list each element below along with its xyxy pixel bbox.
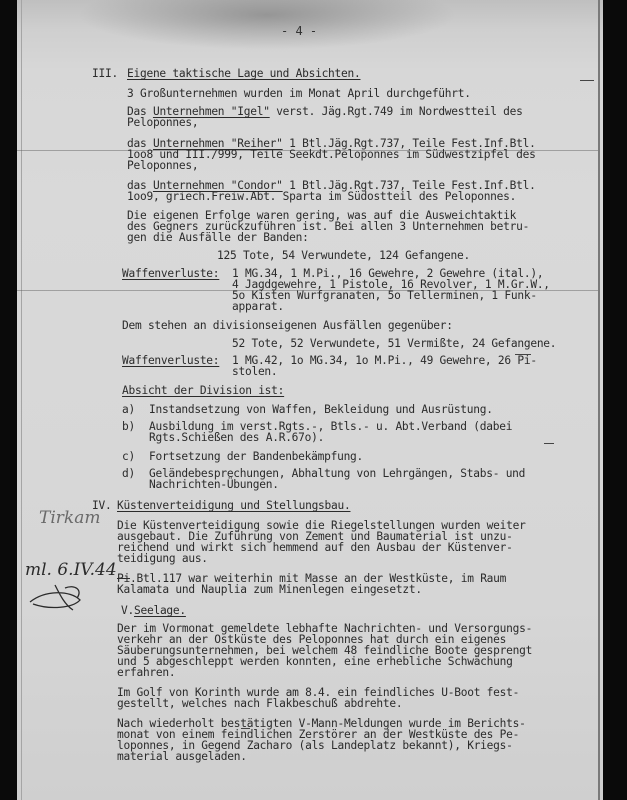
v-para1-line-4: und 5 abgeschleppt werden konnten, eine … (117, 656, 513, 667)
igel-text: verst. Jäg.Rgt.749 im Nordwestteil des (270, 105, 523, 118)
absicht-d-text-2: Nachrichten-Übungen. (149, 479, 279, 490)
division-weapons-label: Waffenverluste: (122, 355, 219, 366)
margin-mark (580, 80, 594, 81)
handwritten-signature (25, 580, 95, 615)
section-iii-numeral: III. (92, 68, 118, 79)
section-iii-heading: Eigene taktische Lage und Absichten. (127, 68, 360, 79)
v-para3-line-4: material ausgeladen. (117, 751, 247, 762)
section-iv-heading: Küstenverteidigung und Stellungsbau. (117, 500, 350, 511)
absicht-b-label: b) (122, 421, 135, 432)
v-para1-line-5: erfahren. (117, 667, 175, 678)
page-left-edge (21, 0, 22, 800)
division-intro: Dem stehen an divisionseigenen Ausfällen… (122, 320, 453, 331)
iv-para2-line-2: Kalamata und Nauplia zum Minenlegen eing… (117, 584, 422, 595)
reiher-line-3: Peloponnes, (127, 160, 198, 171)
absicht-a-label: a) (122, 404, 135, 415)
margin-mark (241, 728, 250, 729)
banden-weapons-label: Waffenverluste: (122, 268, 219, 279)
document-page: - 4 - III. Eigene taktische Lage und Abs… (17, 0, 603, 800)
banden-losses: 125 Tote, 54 Verwundete, 124 Gefangene. (217, 250, 470, 261)
igel-line-2: Peloponnes, (127, 117, 198, 128)
section-v-heading: Seelage. (134, 605, 186, 616)
absicht-heading: Absicht der Division ist: (122, 385, 284, 396)
banden-weapons-4: apparat. (232, 301, 284, 312)
absicht-d-label: d) (122, 468, 135, 479)
iv-para1-line-4: teidigung aus. (117, 553, 208, 564)
handwritten-date-note: ml. 6.IV.44 (25, 560, 117, 580)
absicht-a-text: Instandsetzung von Waffen, Bekleidung un… (149, 404, 493, 415)
condor-line-2: 1oo9, griech.Freiw.Abt. Sparta im Südost… (127, 191, 516, 202)
division-weapons-2: stolen. (232, 366, 277, 377)
absicht-b-text-2: Rgts.Schießen des A.R.67o). (149, 432, 324, 443)
section-iii-intro: 3 Großunternehmen wurden im Monat April … (127, 88, 471, 99)
erfolge-line-3: gen die Ausfälle der Banden: (127, 232, 309, 243)
division-weapons-1: 1 MG.42, 1o MG.34, 1o M.Pi., 49 Gewehre,… (232, 355, 537, 366)
page-right-edge (598, 0, 600, 800)
absicht-c-label: c) (122, 451, 135, 462)
page-number: - 4 - (281, 24, 317, 38)
margin-mark (515, 354, 531, 355)
handwritten-note-pencil: Tirkam (39, 508, 100, 528)
section-v-numeral: V. (121, 605, 134, 616)
margin-mark (544, 443, 554, 444)
division-losses: 52 Tote, 52 Verwundete, 51 Vermißte, 24 … (232, 338, 556, 349)
v-para2-line-2: gestellt, welches nach Flakbeschuß abdre… (117, 698, 402, 709)
absicht-c-text: Fortsetzung der Bandenbekämpfung. (149, 451, 363, 462)
